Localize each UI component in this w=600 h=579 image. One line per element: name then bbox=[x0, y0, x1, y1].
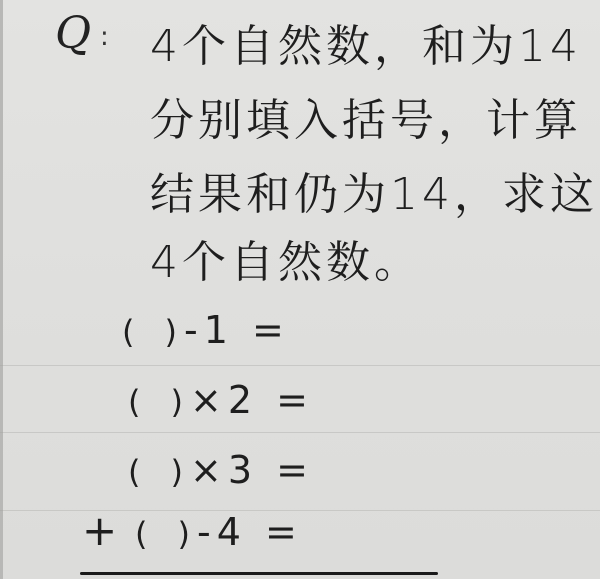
equation-row-4: ()-4 = bbox=[135, 510, 303, 554]
question-line-2: 分别填入括号，计算 bbox=[150, 84, 582, 148]
question-colon: : bbox=[100, 22, 109, 52]
question-line-3: 结果和仍为14，求这 bbox=[150, 158, 598, 222]
plus-sign: + bbox=[82, 506, 117, 555]
ruled-line bbox=[0, 432, 600, 433]
equation-operation: -4 = bbox=[197, 510, 303, 554]
equation-operation: -1 = bbox=[184, 308, 290, 352]
sum-underline bbox=[80, 572, 438, 575]
blank-parentheses: () bbox=[128, 378, 190, 422]
blank-parentheses: () bbox=[122, 308, 184, 352]
question-line-4: 4个自然数。 bbox=[150, 226, 422, 290]
question-label: Q bbox=[55, 8, 93, 59]
question-line-1: 4个自然数，和为14 bbox=[150, 10, 582, 74]
blank-parentheses: () bbox=[135, 510, 197, 554]
paper-edge bbox=[0, 0, 3, 579]
equation-row-2: ()×2 = bbox=[128, 378, 314, 422]
equation-operation: ×2 = bbox=[190, 378, 314, 422]
equation-operation: ×3 = bbox=[190, 448, 314, 492]
blank-parentheses: () bbox=[128, 448, 190, 492]
equation-row-1: ()-1 = bbox=[122, 308, 290, 352]
equation-row-3: ()×3 = bbox=[128, 448, 314, 492]
ruled-line bbox=[0, 365, 600, 366]
